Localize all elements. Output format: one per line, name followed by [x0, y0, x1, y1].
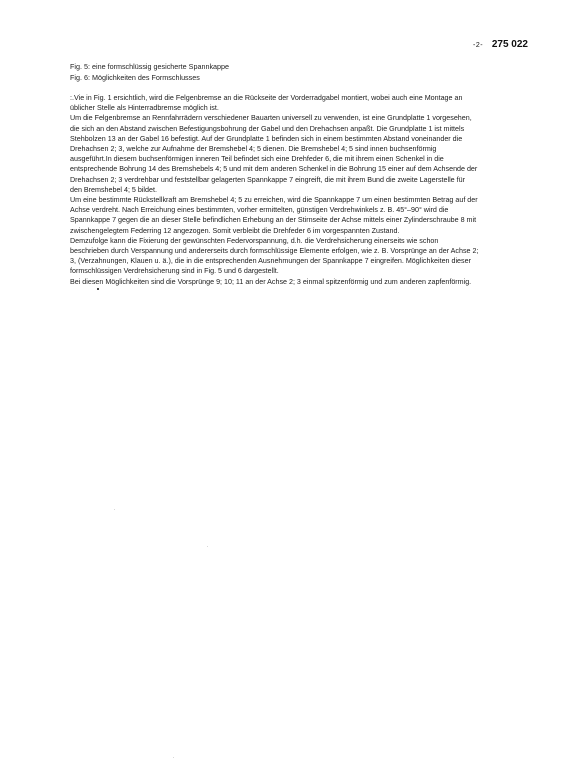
- figure-caption-6: Fig. 6: Möglichkeiten des Formschlusses: [70, 72, 229, 83]
- text-line: :.Vie in Fig. 1 ersichtlich, wird die Fe…: [70, 93, 522, 103]
- text-line: ausgeführt.In diesem buchsenförmigen inn…: [70, 154, 522, 164]
- text-line: Demzufolge kann die Fixierung der gewüns…: [70, 236, 522, 246]
- text-line: entsprechende Bohrung 14 des Bremshebels…: [70, 164, 522, 174]
- figure-text: eine formschlüssig gesicherte Spannkappe: [92, 62, 229, 71]
- text-line: Drehachsen 2; 3 verdrehbar und feststell…: [70, 175, 522, 185]
- text-line: 3, (Verzahnungen, Klauen u. ä.), die in …: [70, 256, 522, 266]
- scan-speck: [114, 509, 115, 510]
- figure-label: Fig. 6:: [70, 73, 90, 82]
- scan-speck: [173, 757, 174, 758]
- text-line: beschrieben durch Verspannung und andere…: [70, 246, 522, 256]
- body-text: :.Vie in Fig. 1 ersichtlich, wird die Fe…: [70, 93, 522, 287]
- text-line: Drehachsen 2; 3, welche zur Aufnahme der…: [70, 144, 522, 154]
- text-line: üblicher Stelle als Hinterradbremse mögl…: [70, 103, 522, 113]
- text-line: Bei diesen Möglichkeiten sind die Vorspr…: [70, 277, 522, 287]
- text-line: Spannkappe 7 gegen die an dieser Stelle …: [70, 215, 522, 225]
- figure-text: Möglichkeiten des Formschlusses: [92, 73, 200, 82]
- scan-speck: [97, 288, 99, 290]
- text-line: den Bremshebel 4; 5 bildet.: [70, 185, 522, 195]
- text-line: die sich an den Abstand zwischen Befesti…: [70, 124, 522, 134]
- text-line: Stehbolzen 13 an der Gabel 16 befestigt.…: [70, 134, 522, 144]
- figure-label: Fig. 5:: [70, 62, 90, 71]
- text-line: formschlüssigen Verdrehsicherung sind in…: [70, 266, 522, 276]
- document-number: 275 022: [492, 39, 528, 50]
- text-line: Achse verdreht. Nach Erreichung eines be…: [70, 205, 522, 215]
- text-line: zwischengelegtem Federring 12 angezogen.…: [70, 226, 522, 236]
- scan-speck: [207, 546, 208, 547]
- text-line: Um eine bestimmte Rückstellkraft am Brem…: [70, 195, 522, 205]
- figure-list: Fig. 5: eine formschlüssig gesicherte Sp…: [70, 61, 229, 83]
- figure-caption-5: Fig. 5: eine formschlüssig gesicherte Sp…: [70, 61, 229, 72]
- document-page: -2- 275 022 Fig. 5: eine formschlüssig g…: [0, 0, 568, 768]
- text-line: Um die Felgenbremse an Rennfahrrädern ve…: [70, 113, 522, 123]
- page-number: -2-: [473, 42, 483, 49]
- page-header: -2- 275 022: [473, 39, 528, 50]
